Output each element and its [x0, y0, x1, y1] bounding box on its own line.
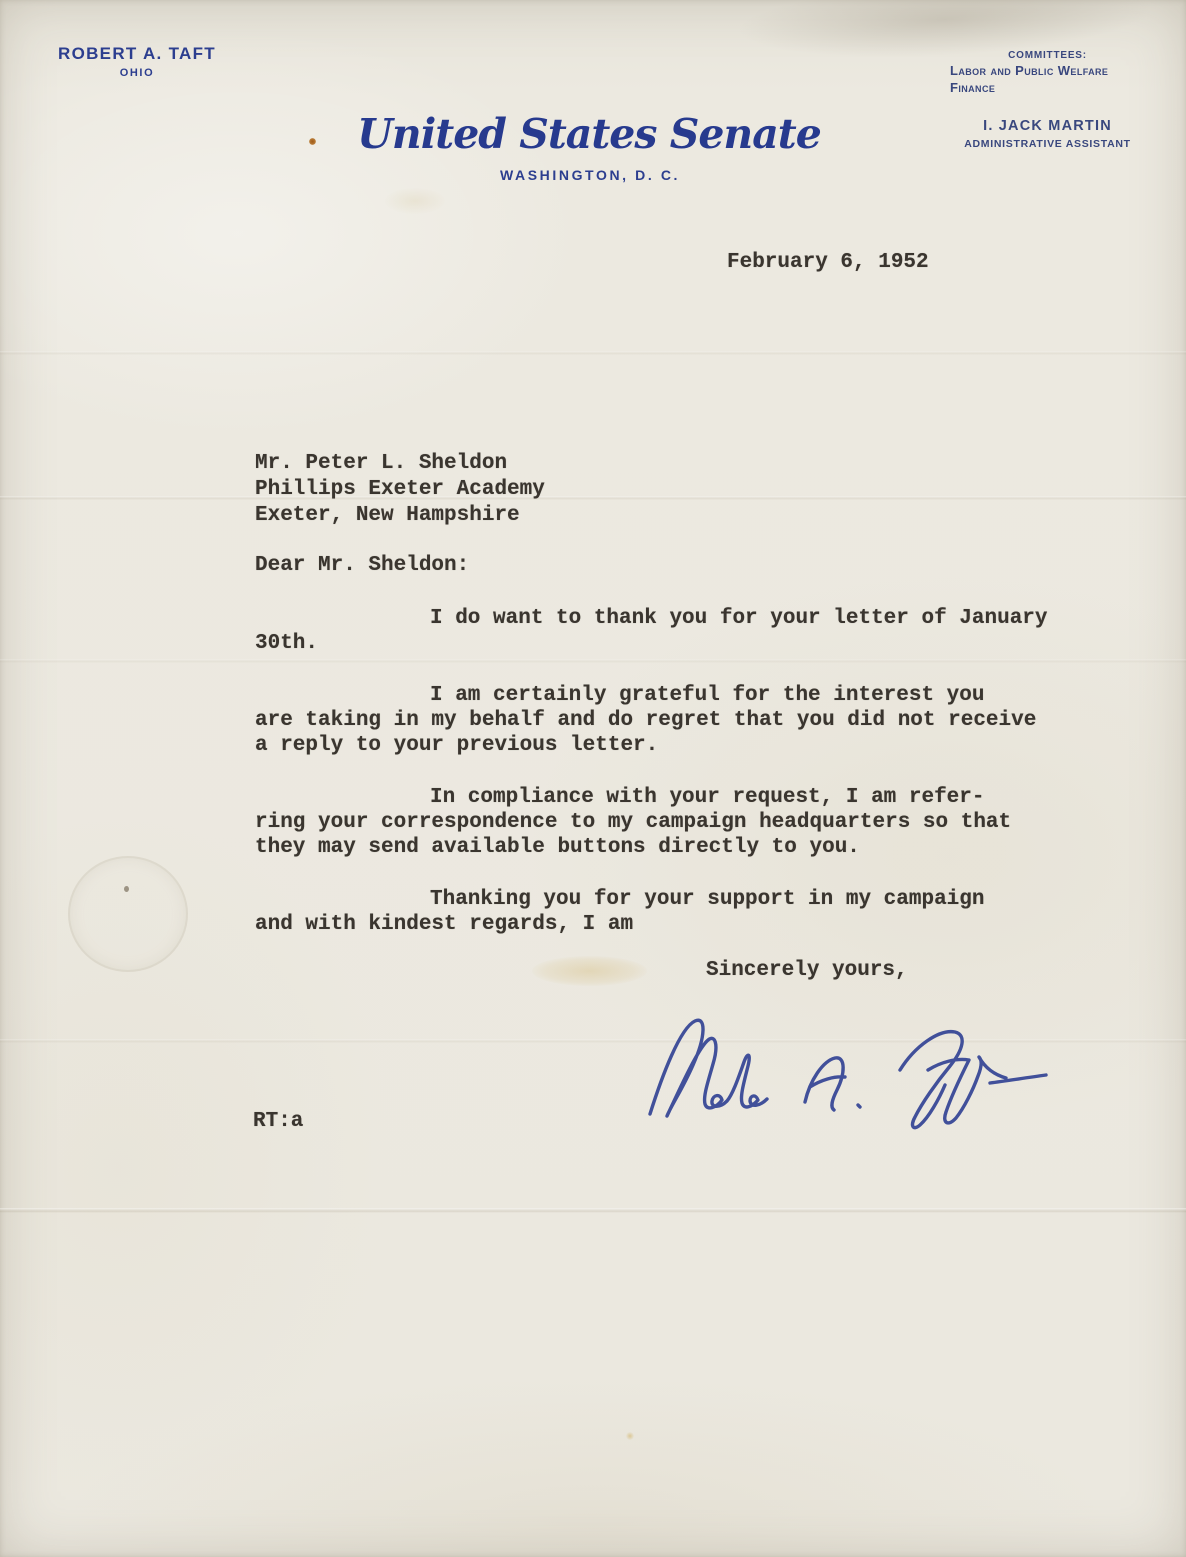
body-paragraph-2: I am certainly grateful for the interest…: [255, 683, 1055, 758]
committees-block: COMMITTEES: Labor and Public Welfare Fin…: [950, 50, 1145, 95]
sender-name: ROBERT A. TAFT: [58, 44, 216, 64]
paper-ring-stain: [68, 856, 188, 972]
closing: Sincerely yours,: [706, 958, 908, 983]
committees-label: COMMITTEES:: [950, 50, 1145, 61]
paper-stain: [385, 188, 445, 214]
committee-item: Labor and Public Welfare: [950, 63, 1145, 78]
letter-body: I do want to thank you for your letter o…: [255, 606, 1055, 964]
sender-state: OHIO: [58, 67, 216, 79]
fold-crease: [0, 1208, 1186, 1213]
signature: [622, 1008, 1062, 1133]
committee-item: Finance: [950, 80, 1145, 95]
body-paragraph-3: In compliance with your request, I am re…: [255, 785, 1055, 860]
body-paragraph-4: Thanking you for your support in my camp…: [255, 887, 1055, 937]
sender-block: ROBERT A. TAFT OHIO: [58, 44, 216, 79]
body-paragraph-1: I do want to thank you for your letter o…: [255, 606, 1055, 656]
letter-date: February 6, 1952: [727, 250, 929, 275]
fold-crease: [0, 496, 1186, 500]
fold-crease: [0, 351, 1186, 355]
letterhead-title: United States Senate: [0, 110, 1182, 158]
letterhead-location: WASHINGTON, D. C.: [0, 167, 1183, 183]
salutation: Dear Mr. Sheldon:: [255, 553, 469, 578]
paper-speck: [124, 886, 129, 892]
reference-initials: RT:a: [253, 1109, 303, 1134]
recipient-address: Mr. Peter L. Sheldon Phillips Exeter Aca…: [255, 451, 545, 529]
paper-stain: [626, 1432, 634, 1440]
letter-page: ROBERT A. TAFT OHIO COMMITTEES: Labor an…: [0, 0, 1186, 1557]
